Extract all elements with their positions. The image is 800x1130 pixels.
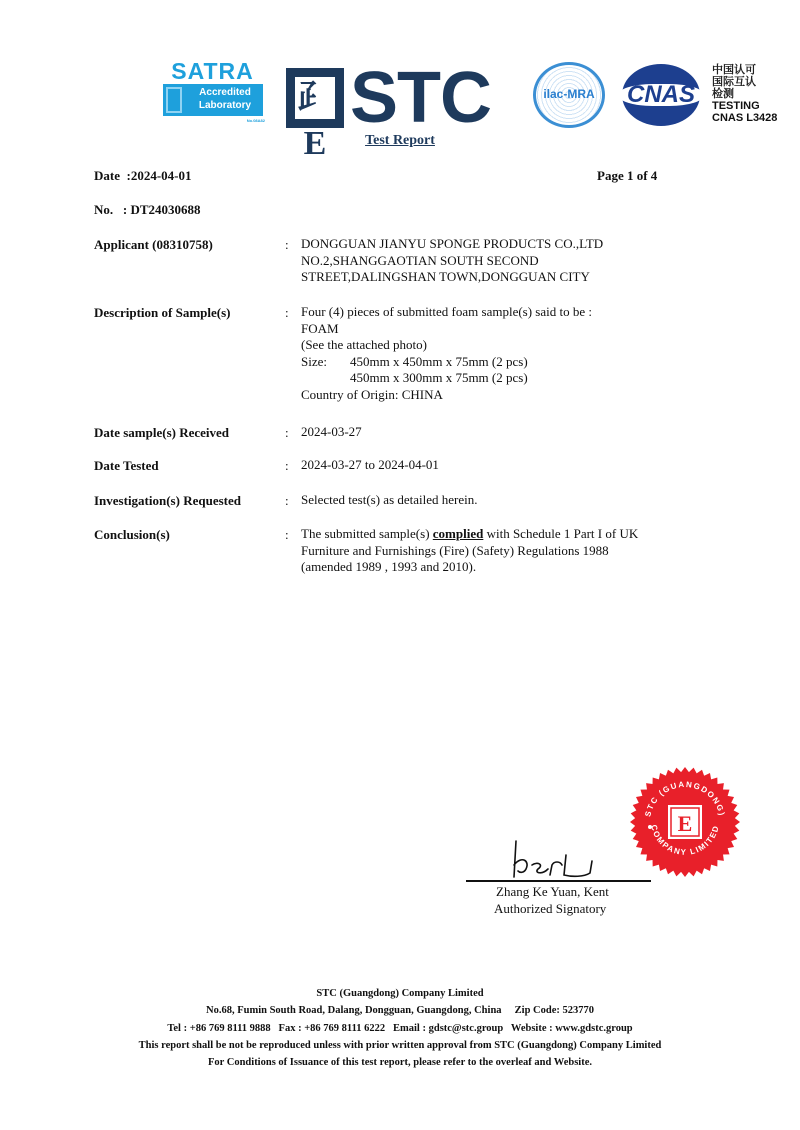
cnas-number: CNAS L3428 <box>712 112 777 124</box>
cnas-accreditation-text: 中国认可 国际互认 检测 TESTING CNAS L3428 <box>712 64 777 124</box>
received-label: Date sample(s) Received <box>94 425 229 441</box>
stc-logo-text: STC <box>350 58 491 138</box>
no-value: : DT24030688 <box>123 202 201 217</box>
colon: : <box>285 425 289 441</box>
cnas-logo: CNAS <box>622 64 700 126</box>
cnas-cn-line3: 检测 <box>712 88 777 100</box>
satra-figure-icon <box>166 87 182 113</box>
report-number-row: No. : DT24030688 <box>94 202 201 218</box>
size-value: 450mm x 450mm x 75mm (2 pcs) <box>350 354 528 369</box>
date-label: Date <box>94 168 120 183</box>
date-row: Date :2024-04-01 <box>94 168 192 184</box>
size-value: 450mm x 300mm x 75mm (2 pcs) <box>301 370 592 387</box>
tested-label: Date Tested <box>94 458 159 474</box>
country-of-origin: Country of Origin: CHINA <box>301 387 592 404</box>
satra-title: SATRA <box>160 58 265 85</box>
signature-line <box>466 880 651 882</box>
colon: : <box>285 493 289 509</box>
applicant-label: Applicant (08310758) <box>94 237 213 253</box>
received-value: 2024-03-27 <box>301 424 362 441</box>
applicant-line: NO.2,SHANGGAOTIAN SOUTH SECOND <box>301 253 603 270</box>
footer-address: No.68, Fumin South Road, Dalang, Donggua… <box>0 1005 800 1016</box>
no-label: No. <box>94 202 113 217</box>
description-value: Four (4) pieces of submitted foam sample… <box>301 304 592 403</box>
size-label: Size: <box>301 354 350 371</box>
size-row: Size:450mm x 450mm x 75mm (2 pcs) <box>301 354 592 371</box>
signature-scribble <box>508 835 598 880</box>
conclusion-label: Conclusion(s) <box>94 527 170 543</box>
date-value: :2024-04-01 <box>127 168 192 183</box>
conclusion-value: The submitted sample(s) complied with Sc… <box>301 526 638 576</box>
satra-line1: Accredited <box>187 86 263 99</box>
investigation-label: Investigation(s) Requested <box>94 493 241 509</box>
description-label: Description of Sample(s) <box>94 305 231 321</box>
complied-emphasis: complied <box>433 526 484 541</box>
description-line: FOAM <box>301 321 592 338</box>
colon: : <box>285 305 289 321</box>
page-number: Page 1 of 4 <box>597 168 657 184</box>
satra-line2: Laboratory <box>187 99 263 112</box>
investigation-value: Selected test(s) as detailed herein. <box>301 492 478 509</box>
applicant-value: DONGGUAN JIANYU SPONGE PRODUCTS CO.,LTD … <box>301 236 603 286</box>
satra-accredited-logo: SATRA Accredited Laboratory No.08A82 <box>160 60 265 124</box>
company-seal-icon: STC (GUANGDONG) COMPANY LIMITED E <box>630 767 740 877</box>
cnas-text: CNAS <box>622 81 700 109</box>
conclusion-line: (amended 1989 , 1993 and 2010). <box>301 559 638 576</box>
ilac-mra-logo: ilac-MRA <box>533 62 605 128</box>
svg-text:E: E <box>678 811 693 836</box>
cnas-testing: TESTING <box>712 100 777 112</box>
colon: : <box>285 527 289 543</box>
tested-value: 2024-03-27 to 2024-04-01 <box>301 457 439 474</box>
applicant-line: DONGGUAN JIANYU SPONGE PRODUCTS CO.,LTD <box>301 236 603 253</box>
description-line: Four (4) pieces of submitted foam sample… <box>301 304 592 321</box>
report-title: Test Report <box>0 133 800 149</box>
conclusion-line: The submitted sample(s) complied with Sc… <box>301 526 638 543</box>
satra-badge: Accredited Laboratory <box>163 84 263 116</box>
footer-notice: This report shall be not be reproduced u… <box>0 1040 800 1051</box>
description-line: (See the attached photo) <box>301 337 592 354</box>
ilac-text: ilac-MRA <box>536 87 602 101</box>
colon: : <box>285 237 289 253</box>
footer-conditions: For Conditions of Issuance of this test … <box>0 1057 800 1068</box>
footer-contact: Tel : +86 769 8111 9888 Fax : +86 769 81… <box>0 1023 800 1034</box>
signatory-name: Zhang Ke Yuan, Kent <box>496 884 609 900</box>
signatory-title: Authorized Signatory <box>494 901 606 917</box>
conclusion-line: Furniture and Furnishings (Fire) (Safety… <box>301 543 638 560</box>
footer-company: STC (Guangdong) Company Limited <box>0 988 800 999</box>
satra-number: No.08A82 <box>247 118 265 123</box>
stc-emblem-icon: ⺪E <box>286 68 344 128</box>
colon: : <box>285 458 289 474</box>
applicant-line: STREET,DALINGSHAN TOWN,DONGGUAN CITY <box>301 269 603 286</box>
